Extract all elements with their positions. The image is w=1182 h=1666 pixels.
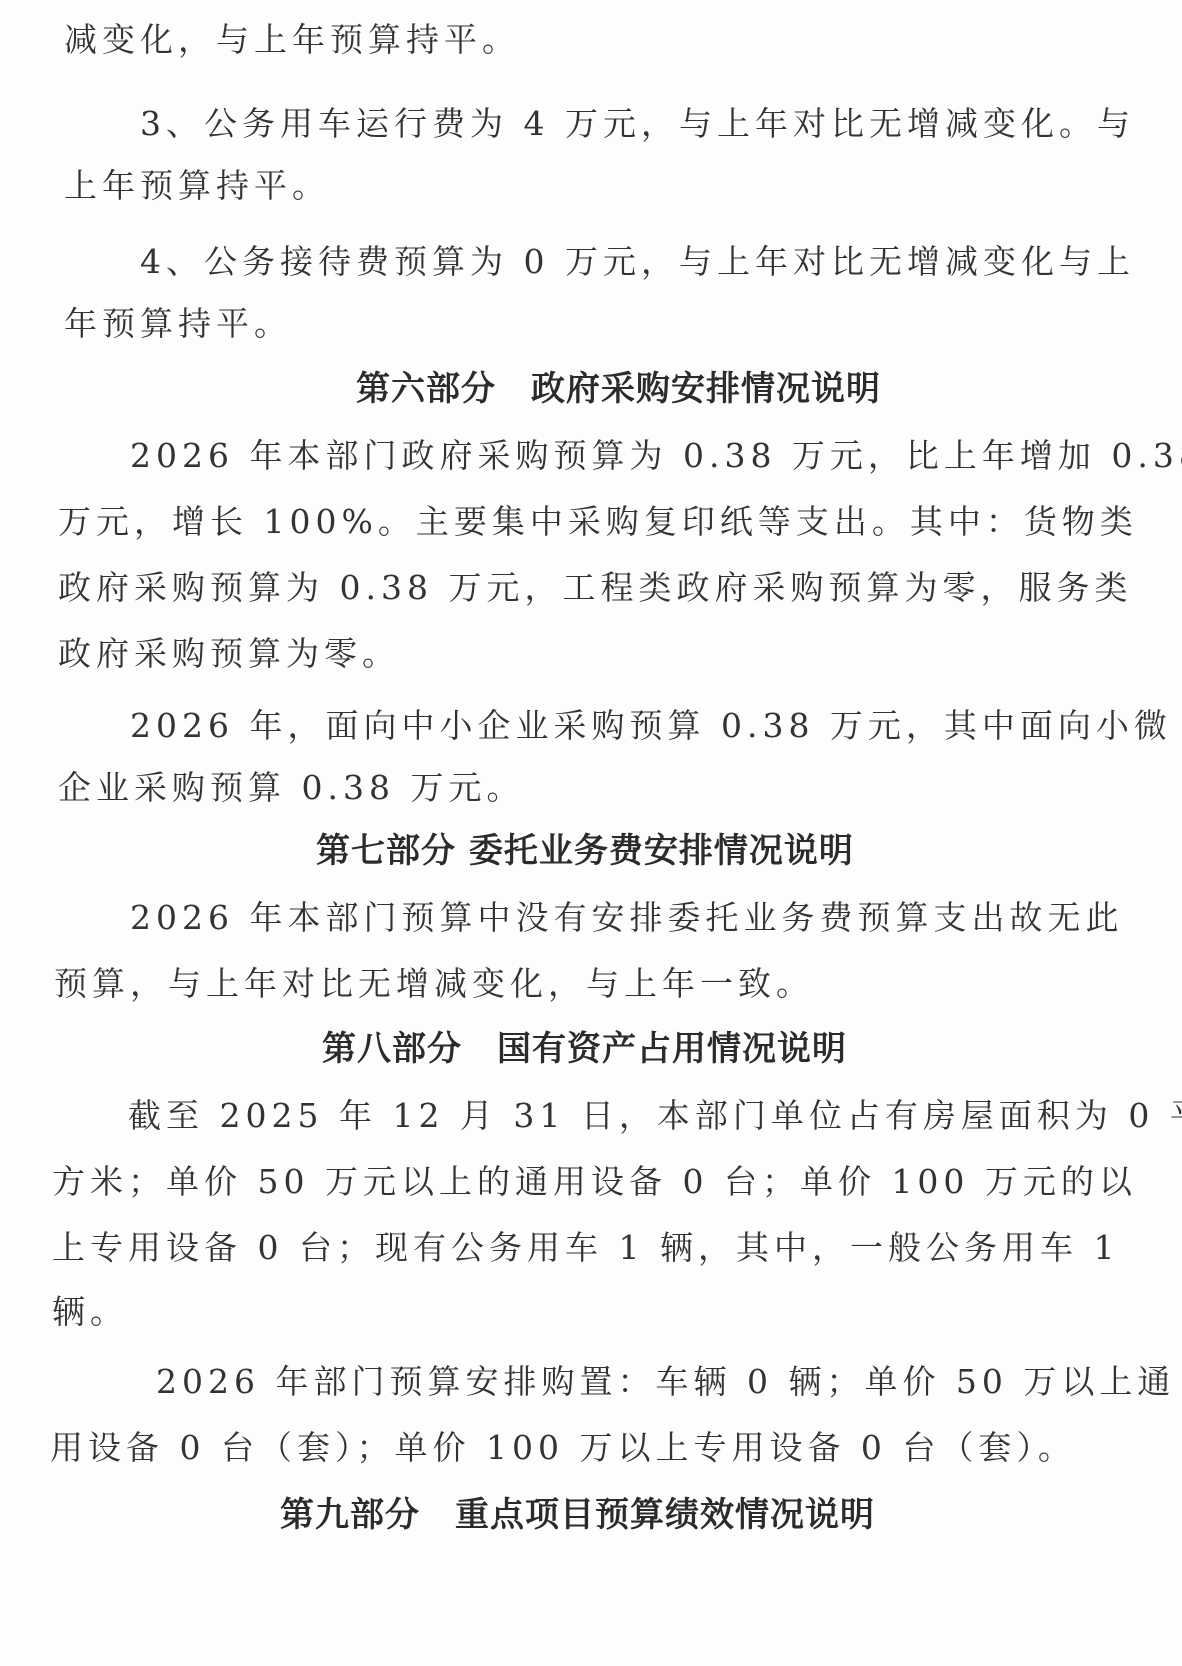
section-heading-8: 第八部分 国有资产占用情况说明 xyxy=(322,1028,847,1070)
section-heading-6: 第六部分 政府采购安排情况说明 xyxy=(356,368,881,410)
paragraph-line: 预算，与上年对比无增减变化，与上年一致。 xyxy=(54,964,814,1004)
paragraph-line: 万元，增长 100%。主要集中采购复印纸等支出。其中：货物类 xyxy=(58,502,1078,542)
document-page: 减变化，与上年预算持平。 3、公务用车运行费为 4 万元，与上年对比无增减变化。… xyxy=(0,0,1182,1666)
paragraph-line: 年预算持平。 xyxy=(64,304,292,344)
paragraph-line: 减变化，与上年预算持平。 xyxy=(64,20,520,60)
paragraph-line: 企业采购预算 0.38 万元。 xyxy=(58,768,524,808)
paragraph-line: 辆。 xyxy=(52,1292,128,1332)
section-heading-7: 第七部分 委托业务费安排情况说明 xyxy=(316,830,854,872)
paragraph-line: 2026 年部门预算安排购置：车辆 0 辆；单价 50 万以上通 xyxy=(156,1362,1072,1402)
paragraph-line: 3、公务用车运行费为 4 万元，与上年对比无增减变化。与 xyxy=(140,104,1080,144)
section-heading-9: 第九部分 重点项目预算绩效情况说明 xyxy=(280,1494,875,1536)
paragraph-line: 上年预算持平。 xyxy=(64,166,330,206)
paragraph-line: 用设备 0 台（套）；单价 100 万以上专用设备 0 台（套）。 xyxy=(50,1428,1076,1468)
paragraph-line: 2026 年本部门预算中没有安排委托业务费预算支出故无此 xyxy=(130,898,1076,938)
paragraph-line: 4、公务接待费预算为 0 万元，与上年对比无增减变化与上 xyxy=(140,242,1080,282)
paragraph-line: 上专用设备 0 台；现有公务用车 1 辆，其中，一般公务用车 1 xyxy=(52,1228,1072,1268)
paragraph-line: 方米；单价 50 万元以上的通用设备 0 台；单价 100 万元的以 xyxy=(52,1162,1072,1202)
paragraph-line: 2026 年，面向中小企业采购预算 0.38 万元，其中面向小微 xyxy=(130,706,1078,746)
paragraph-line: 政府采购预算为零。 xyxy=(58,634,400,674)
paragraph-line: 政府采购预算为 0.38 万元，工程类政府采购预算为零，服务类 xyxy=(58,568,1078,608)
paragraph-line: 截至 2025 年 12 月 31 日，本部门单位占有房屋面积为 0 平 xyxy=(128,1096,1074,1136)
paragraph-line: 2026 年本部门政府采购预算为 0.38 万元，比上年增加 0.38 xyxy=(130,436,1080,476)
